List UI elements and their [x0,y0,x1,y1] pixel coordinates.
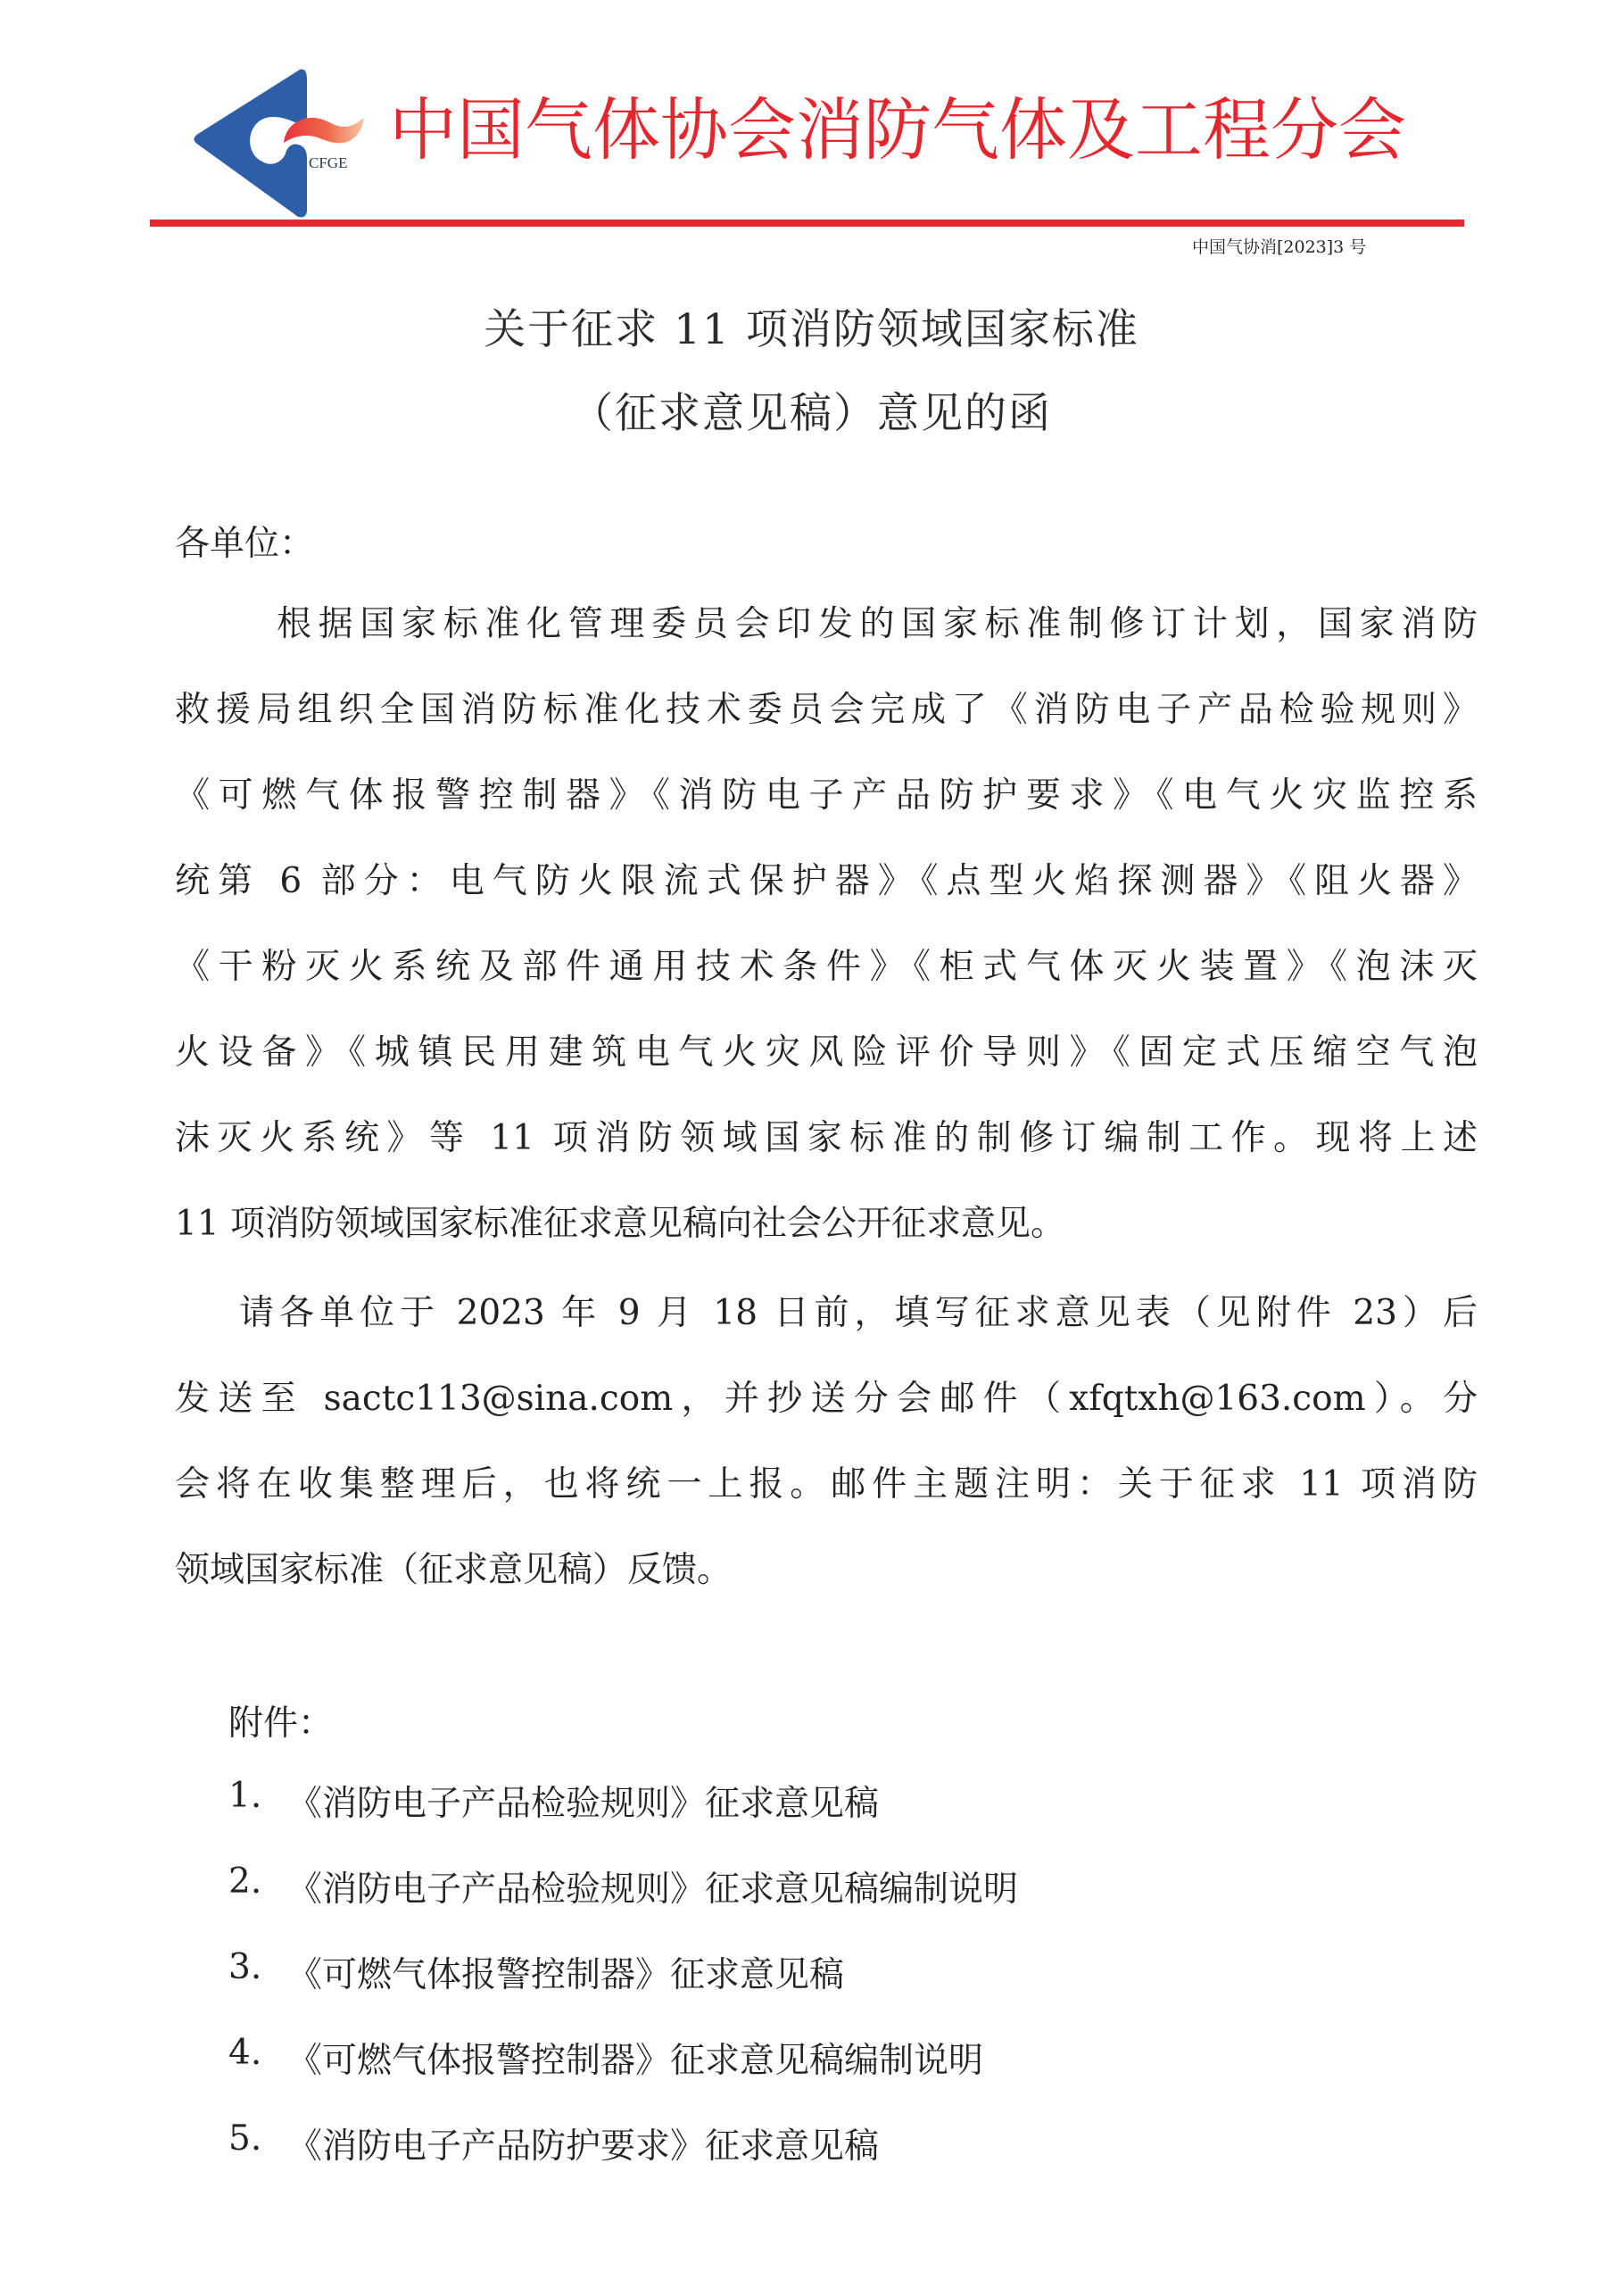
attachment-item: 2. 《消防电子产品检验规则》征求意见稿编制说明 [228,1861,1018,1947]
paragraph-line: 根据国家标准化管理委员会印发的国家标准制修订计划，国家消防 [175,582,1478,667]
attachment-item: 4. 《可燃气体报警控制器》征求意见稿编制说明 [228,2033,1018,2118]
paragraph-line: 领域国家标准（征求意见稿）反馈。 [175,1528,1478,1613]
paragraph-line: 《干粉灭火系统及部件通用技术条件》《柜式气体灭火装置》《泡沫灭 [175,924,1478,1010]
paragraph-line: 沫灭火系统》等 11 项消防领域国家标准的制修订编制工作。现将上述 [175,1096,1478,1181]
attachment-title: 《消防电子产品防护要求》征求意见稿 [287,2118,879,2168]
cfge-logo: CFGE [193,68,371,220]
attachment-number: 4. [228,2033,287,2073]
paragraph-line: 救援局组织全国消防标准化技术委员会完成了《消防电子产品检验规则》 [175,667,1478,753]
attachment-number: 2. [228,1861,287,1902]
attachment-item: 1. 《消防电子产品检验规则》征求意见稿 [228,1776,1018,1861]
paragraph-line: 统第 6 部分：电气防火限流式保护器》《点型火焰探测器》《阻火器》 [175,839,1478,924]
paragraph-line: 会将在收集整理后，也将统一上报。邮件主题注明：关于征求 11 项消防 [175,1442,1478,1528]
attachment-title: 《可燃气体报警控制器》征求意见稿编制说明 [287,2033,983,2083]
body-paragraph-1: 根据国家标准化管理委员会印发的国家标准制修订计划，国家消防 救援局组织全国消防标… [175,582,1478,1267]
attachment-item: 5. 《消防电子产品防护要求》征求意见稿 [228,2118,1018,2204]
attachment-number: 1. [228,1776,287,1816]
paragraph-line: 11 项消防领域国家标准征求意见稿向社会公开征求意见。 [175,1181,1478,1267]
attachment-number: 5. [228,2118,287,2159]
attachment-number: 3. [228,1947,287,1987]
attachment-title: 《消防电子产品检验规则》征求意见稿编制说明 [287,1861,1018,1911]
paragraph-line: 火设备》《城镇民用建筑电气火灾风险评价导则》《固定式压缩空气泡 [175,1010,1478,1096]
body-paragraph-2: 请各单位于 2023 年 9 月 18 日前，填写征求意见表（见附件 23）后 … [175,1271,1478,1613]
document-title-line-1: 关于征求 11 项消防领域国家标准 [0,296,1623,356]
salutation: 各单位： [175,516,314,566]
logo-text: CFGE [309,154,347,171]
attachment-title: 《可燃气体报警控制器》征求意见稿 [287,1947,844,1997]
logo-icon: CFGE [193,68,371,220]
paragraph-line: 《可燃气体报警控制器》《消防电子产品防护要求》《电气火灾监控系 [175,753,1478,839]
attachments-label: 附件： [228,1695,333,1745]
letterhead-divider [150,220,1464,227]
paragraph-line: 请各单位于 2023 年 9 月 18 日前，填写征求意见表（见附件 23）后 [175,1271,1478,1356]
attachment-item: 3. 《可燃气体报警控制器》征求意见稿 [228,1947,1018,2033]
organization-name: 中国气体协会消防气体及工程分会 [389,96,1406,164]
document-title-line-2: （征求意见稿）意见的函 [0,380,1623,440]
attachment-title: 《消防电子产品检验规则》征求意见稿 [287,1776,879,1826]
attachments-list: 1. 《消防电子产品检验规则》征求意见稿 2. 《消防电子产品检验规则》征求意见… [228,1776,1018,2204]
document-number: 中国气协消[2023]3 号 [1192,234,1366,258]
paragraph-line-with-emails: 发送至 sactc113@sina.com，并抄送分会邮件（xfqtxh@163… [175,1356,1478,1442]
